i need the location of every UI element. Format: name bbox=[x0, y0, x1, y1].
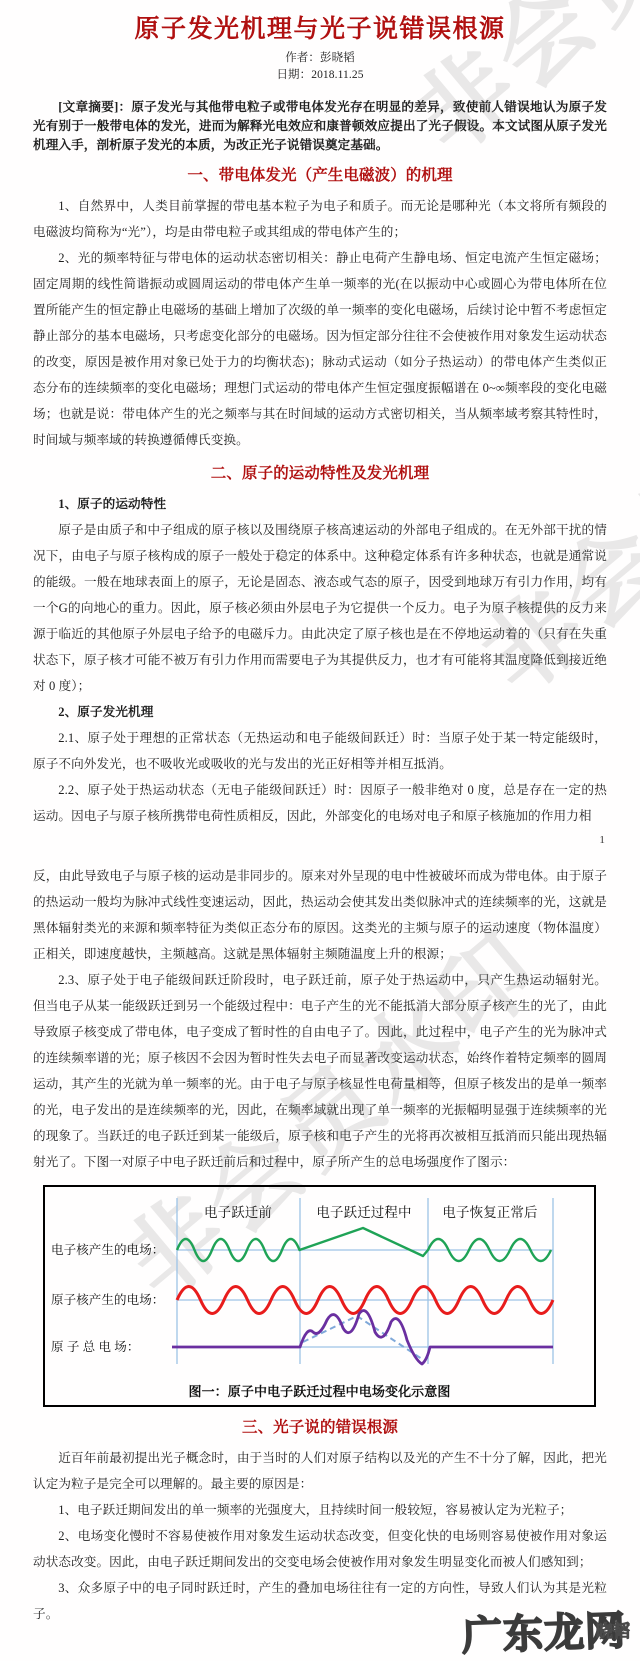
electron-field-wave bbox=[177, 1228, 551, 1261]
paragraph: 2.2、原子处于热运动状态（无电子能级间跃迁）时：因原子一般非绝对 0 度，总是… bbox=[33, 777, 607, 829]
section-3-heading: 三、光子说的错误根源 bbox=[33, 1416, 607, 1440]
figure-column-label: 电子跃迁前 bbox=[204, 1204, 272, 1220]
paragraph: 2.3、原子处于电子能级间跃迁阶段时，电子跃迁前，原子处于热运动中，只产生热运动… bbox=[33, 967, 607, 1175]
paragraph: 2、电场变化慢时不容易使被作用对象发生运动状态改变，但变化快的电场则容易使被作用… bbox=[33, 1523, 607, 1575]
document-page: 非会员水印 非会员水印 非会员水印 原子发光机理与光子说错误根源 作者：彭晓韬 … bbox=[0, 0, 640, 1661]
section-2-heading: 二、原子的运动特性及发光机理 bbox=[33, 462, 607, 486]
figure-row-label: 电子核产生的电场： bbox=[51, 1242, 164, 1257]
paragraph: 1、自然界中，人类目前掌握的带电基本粒子为电子和质子。而无论是哪种光（本文将所有… bbox=[33, 193, 607, 245]
paragraph: 近百年前最初提出光子概念时，由于当时的人们对原子结构以及光的产生不十分了解，因此… bbox=[33, 1445, 607, 1497]
subsection-heading: 1、原子的运动特性 bbox=[33, 491, 607, 517]
author-line: 作者：彭晓韬 bbox=[33, 50, 607, 67]
logo-signature: 晓韬 bbox=[596, 1619, 630, 1645]
figure-column-label: 电子恢复正常后 bbox=[442, 1204, 537, 1220]
figure-1: 电子跃迁前 电子跃迁过程中 电子恢复正常后 电子核产生的电场： 原子核产生的电场… bbox=[43, 1185, 596, 1407]
paragraph: 1、电子跃迁期间发出的单一频率的光强度大，且持续时间一般较短，容易被认定为光粒子… bbox=[33, 1497, 607, 1523]
page-number: 1 bbox=[33, 834, 605, 847]
paragraph: 原子是由质子和中子组成的原子核以及围绕原子核高速运动的外部电子组成的。在无外部干… bbox=[33, 517, 607, 699]
subsection-heading: 2、原子发光机理 bbox=[33, 699, 607, 725]
date-line: 日期：2018.11.25 bbox=[33, 67, 607, 84]
section-1-heading: 一、带电体发光（产生电磁波）的机理 bbox=[33, 164, 607, 188]
figure-row-label: 原 子 总 电 场： bbox=[51, 1339, 140, 1354]
field-waveform-chart: 电子跃迁前 电子跃迁过程中 电子恢复正常后 电子核产生的电场： 原子核产生的电场… bbox=[45, 1190, 591, 1372]
paragraph: 反，由此导致电子与原子核的运动是非同步的。原来对外呈现的电中性被破坏而成为带电体… bbox=[33, 863, 607, 967]
page-title: 原子发光机理与光子说错误根源 bbox=[33, 14, 607, 46]
figure-row-label: 原子核产生的电场： bbox=[51, 1292, 164, 1307]
abstract-paragraph: [文章摘要]：原子发光与其他带电粒子或带电体发光存在明显的差异，致使前人错误地认… bbox=[33, 98, 607, 155]
figure-column-label: 电子跃迁过程中 bbox=[316, 1204, 411, 1220]
figure-caption: 图一：原子中电子跃迁过程中电场变化示意图 bbox=[45, 1381, 594, 1403]
paragraph: 2.1、原子处于理想的正常状态（无热运动和电子能级间跃迁）时：当原子处于某一特定… bbox=[33, 725, 607, 777]
paragraph: 2、光的频率特征与带电体的运动状态密切相关：静止电荷产生静电场、恒定电流产生恒定… bbox=[33, 245, 607, 453]
